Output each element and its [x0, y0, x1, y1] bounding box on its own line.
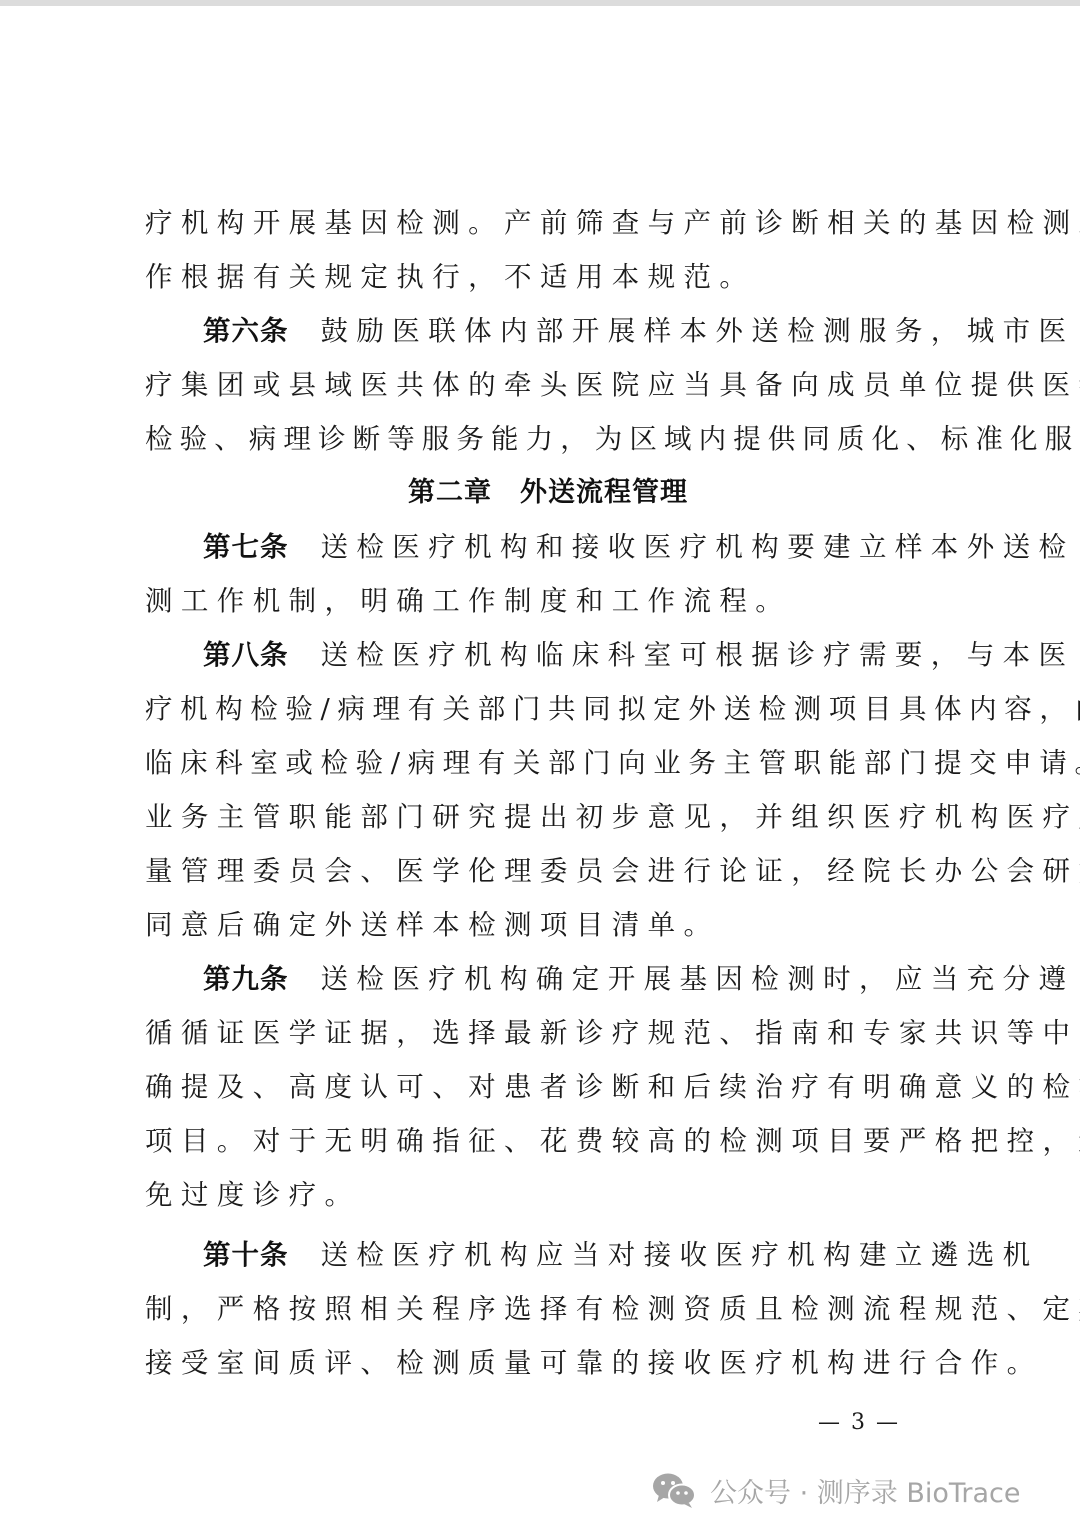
article-label: 第八条: [203, 639, 289, 671]
text-line: 免过度诊疗。: [145, 1168, 937, 1222]
text-line: 接受室间质评、检测质量可靠的接收医疗机构进行合作。: [145, 1336, 937, 1390]
article-text: 送检医疗机构应当对接收医疗机构建立遴选机: [321, 1239, 1039, 1271]
text-line: 量管理委员会、医学伦理委员会进行论证，经院长办公会研究: [145, 844, 937, 898]
text-line: 循循证医学证据，选择最新诊疗规范、指南和专家共识等中明: [145, 1006, 937, 1060]
page-number: — 3 —: [818, 1410, 900, 1435]
article-7: 第七条送检医疗机构和接收医疗机构要建立样本外送检 测工作机制，明确工作制度和工作…: [145, 520, 937, 628]
text-line: 确提及、高度认可、对患者诊断和后续治疗有明确意义的检测: [145, 1060, 937, 1114]
text-line: 检验、病理诊断等服务能力，为区域内提供同质化、标准化服务。: [145, 412, 937, 466]
article-label: 第十条: [203, 1239, 289, 1271]
text-line: 疗机构开展基因检测。产前筛查与产前诊断相关的基因检测工: [145, 196, 937, 250]
watermark-text: 公众号 · 测序录 BioTrace: [710, 1471, 1021, 1510]
article-text: 送检医疗机构确定开展基因检测时，应当充分遵: [321, 963, 1075, 995]
text-line: 临床科室或检验/病理有关部门向业务主管职能部门提交申请。: [145, 736, 937, 790]
chapter-number: 第二章: [408, 477, 492, 508]
article-9: 第九条送检医疗机构确定开展基因检测时，应当充分遵 循循证医学证据，选择最新诊疗规…: [145, 952, 937, 1222]
text-line: 第六条鼓励医联体内部开展样本外送检测服务，城市医: [145, 304, 937, 358]
wechat-icon: [652, 1472, 696, 1508]
document-page: 疗机构开展基因检测。产前筛查与产前诊断相关的基因检测工 作根据有关规定执行，不适…: [145, 196, 937, 1390]
article-text: 送检医疗机构和接收医疗机构要建立样本外送检: [321, 531, 1075, 563]
article-8: 第八条送检医疗机构临床科室可根据诊疗需要，与本医 疗机构检验/病理有关部门共同拟…: [145, 628, 937, 952]
article-text: 送检医疗机构临床科室可根据诊疗需要，与本医: [321, 639, 1075, 671]
top-divider-bar: [0, 0, 1080, 6]
text-line: 同意后确定外送样本检测项目清单。: [145, 898, 937, 952]
text-line: 第七条送检医疗机构和接收医疗机构要建立样本外送检: [145, 520, 937, 574]
article-label: 第九条: [203, 963, 289, 995]
chapter-title: 外送流程管理: [520, 477, 688, 508]
article-label: 第七条: [203, 531, 289, 563]
text-line: 作根据有关规定执行，不适用本规范。: [145, 250, 937, 304]
paragraph-continuation: 疗机构开展基因检测。产前筛查与产前诊断相关的基因检测工 作根据有关规定执行，不适…: [145, 196, 937, 304]
text-line: 测工作机制，明确工作制度和工作流程。: [145, 574, 937, 628]
article-6: 第六条鼓励医联体内部开展样本外送检测服务，城市医 疗集团或县域医共体的牵头医院应…: [145, 304, 937, 466]
article-10: 第十条送检医疗机构应当对接收医疗机构建立遴选机 制，严格按照相关程序选择有检测资…: [145, 1228, 937, 1390]
text-line: 制，严格按照相关程序选择有检测资质且检测流程规范、定期: [145, 1282, 937, 1336]
text-line: 业务主管职能部门研究提出初步意见，并组织医疗机构医疗质: [145, 790, 937, 844]
text-line: 第十条送检医疗机构应当对接收医疗机构建立遴选机: [145, 1228, 937, 1282]
article-text: 鼓励医联体内部开展样本外送检测服务，城市医: [321, 315, 1075, 347]
text-line: 疗集团或县域医共体的牵头医院应当具备向成员单位提供医学: [145, 358, 937, 412]
watermark: 公众号 · 测序录 BioTrace: [652, 1466, 1021, 1514]
text-line: 项目。对于无明确指征、花费较高的检测项目要严格把控，避: [145, 1114, 937, 1168]
text-line: 疗机构检验/病理有关部门共同拟定外送检测项目具体内容，由: [145, 682, 937, 736]
chapter-heading: 第二章外送流程管理: [145, 466, 937, 520]
text-line: 第八条送检医疗机构临床科室可根据诊疗需要，与本医: [145, 628, 937, 682]
article-label: 第六条: [203, 315, 289, 347]
text-line: 第九条送检医疗机构确定开展基因检测时，应当充分遵: [145, 952, 937, 1006]
